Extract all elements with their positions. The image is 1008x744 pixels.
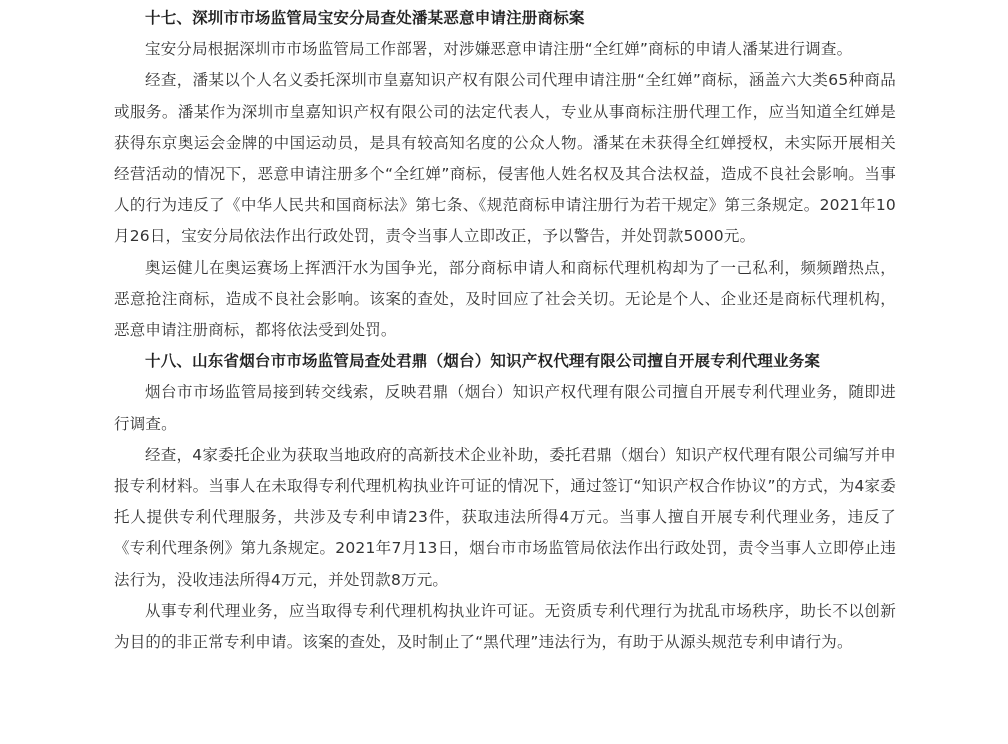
case-section-18: 十八、山东省烟台市市场监管局查处君鼎（烟台）知识产权代理有限公司擅自开展专利代理… xyxy=(114,346,896,658)
paragraph: 烟台市市场监管局接到转交线索，反映君鼎（烟台）知识产权代理有限公司擅自开展专利代… xyxy=(114,377,896,439)
paragraph: 从事专利代理业务，应当取得专利代理机构执业许可证。无资质专利代理行为扰乱市场秩序… xyxy=(114,596,896,658)
paragraph: 经查，4家委托企业为获取当地政府的高新技术企业补助，委托君鼎（烟台）知识产权代理… xyxy=(114,440,896,596)
paragraph: 奥运健儿在奥运赛场上挥洒汗水为国争光，部分商标申请人和商标代理机构却为了一己私利… xyxy=(114,253,896,347)
paragraph: 宝安分局根据深圳市市场监管局工作部署，对涉嫌恶意申请注册“全红婵”商标的申请人潘… xyxy=(114,34,896,65)
section-heading: 十七、深圳市市场监管局宝安分局查处潘某恶意申请注册商标案 xyxy=(114,3,896,34)
section-heading: 十八、山东省烟台市市场监管局查处君鼎（烟台）知识产权代理有限公司擅自开展专利代理… xyxy=(114,346,896,377)
paragraph: 经查，潘某以个人名义委托深圳市皇嘉知识产权有限公司代理申请注册“全红婵”商标，涵… xyxy=(114,65,896,252)
case-section-17: 十七、深圳市市场监管局宝安分局查处潘某恶意申请注册商标案 宝安分局根据深圳市市场… xyxy=(114,3,896,346)
article-body: 十七、深圳市市场监管局宝安分局查处潘某恶意申请注册商标案 宝安分局根据深圳市市场… xyxy=(114,3,896,658)
